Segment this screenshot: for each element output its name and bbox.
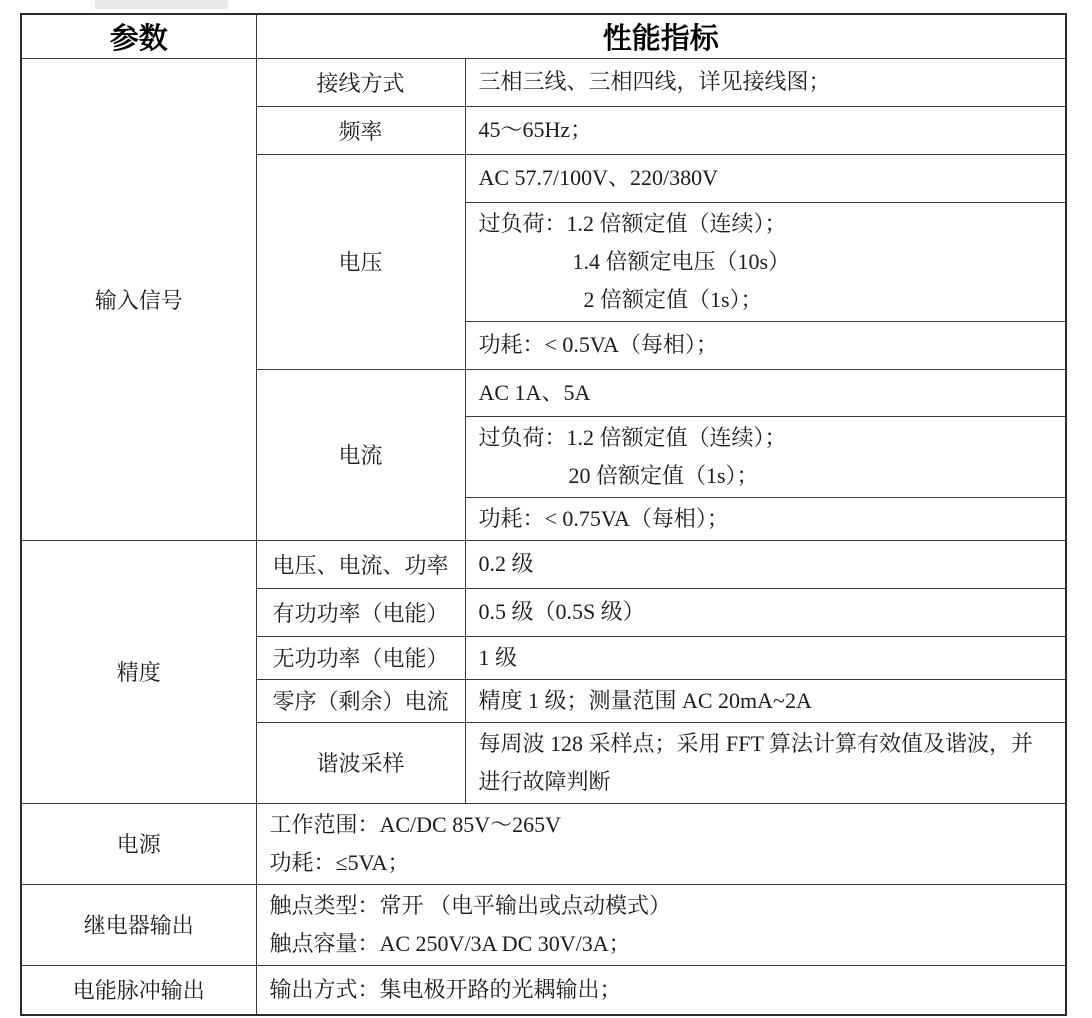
value-frequency: 45～65Hz； (465, 106, 1066, 154)
value-wiring: 三相三线、三相四线，详见接线图； (465, 58, 1066, 106)
value-residual-current: 精度 1 级；测量范围 AC 20mA~2A (465, 679, 1066, 722)
param-label-wiring: 接线方式 (256, 58, 465, 106)
value-reactive-power: 1 级 (465, 636, 1066, 679)
voltage-overload-line-3: 2 倍额定值（1s）； (479, 281, 1056, 319)
param-label-active-power: 有功功率（电能） (256, 588, 465, 636)
value-harmonic-sampling: 每周波 128 采样点；采用 FFT 算法计算有效值及谐波，并 进行故障判断 (465, 722, 1066, 803)
table-row: 电源 工作范围：AC/DC 85V～265V 功耗：≤5VA； (21, 803, 1066, 884)
power-supply-line-2: 功耗：≤5VA； (270, 844, 1056, 882)
harmonic-sampling-line-2: 进行故障判断 (479, 763, 1056, 801)
table-row: 输入信号 接线方式 三相三线、三相四线，详见接线图； (21, 58, 1066, 106)
current-overload-line-1: 过负荷：1.2 倍额定值（连续）； (479, 419, 1056, 457)
group-label-energy-pulse-output: 电能脉冲输出 (21, 965, 256, 1015)
power-supply-line-1: 工作范围：AC/DC 85V～265V (270, 806, 1056, 844)
value-voltage-consumption: 功耗：< 0.5VA（每相）； (465, 321, 1066, 369)
param-label-ui-power: 电压、电流、功率 (256, 540, 465, 588)
param-label-reactive-power: 无功功率（电能） (256, 636, 465, 679)
value-current-consumption: 功耗：< 0.75VA（每相）； (465, 497, 1066, 540)
header-param: 参数 (21, 14, 256, 58)
param-label-harmonic-sampling: 谐波采样 (256, 722, 465, 803)
table-row: 继电器输出 触点类型：常开 （电平输出或点动模式） 触点容量：AC 250V/3… (21, 884, 1066, 965)
value-current-overload: 过负荷：1.2 倍额定值（连续）； 20 倍额定值（1s）； (465, 416, 1066, 497)
document-page: 参数 性能指标 输入信号 接线方式 三相三线、三相四线，详见接线图； 频率 45… (0, 0, 1092, 1018)
param-label-frequency: 频率 (256, 106, 465, 154)
table-row: 精度 电压、电流、功率 0.2 级 (21, 540, 1066, 588)
value-current-range: AC 1A、5A (465, 369, 1066, 416)
current-overload-line-2: 20 倍额定值（1s）； (479, 457, 1056, 495)
value-ui-power: 0.2 级 (465, 540, 1066, 588)
table-header-row: 参数 性能指标 (21, 14, 1066, 58)
param-label-voltage: 电压 (256, 154, 465, 369)
value-relay-output: 触点类型：常开 （电平输出或点动模式） 触点容量：AC 250V/3A DC 3… (256, 884, 1066, 965)
top-edge-artifact (95, 0, 228, 9)
spec-table: 参数 性能指标 输入信号 接线方式 三相三线、三相四线，详见接线图； 频率 45… (20, 13, 1067, 1016)
group-label-input-signal: 输入信号 (21, 58, 256, 540)
value-power-supply: 工作范围：AC/DC 85V～265V 功耗：≤5VA； (256, 803, 1066, 884)
param-label-current: 电流 (256, 369, 465, 540)
relay-output-line-1: 触点类型：常开 （电平输出或点动模式） (270, 887, 1056, 925)
group-label-accuracy: 精度 (21, 540, 256, 803)
param-label-residual-current: 零序（剩余）电流 (256, 679, 465, 722)
voltage-overload-line-1: 过负荷：1.2 倍额定值（连续）； (479, 205, 1056, 243)
value-voltage-range: AC 57.7/100V、220/380V (465, 154, 1066, 202)
group-label-power-supply: 电源 (21, 803, 256, 884)
table-row: 电能脉冲输出 输出方式：集电极开路的光耦输出； (21, 965, 1066, 1015)
value-energy-pulse-output: 输出方式：集电极开路的光耦输出； (256, 965, 1066, 1015)
value-active-power: 0.5 级（0.5S 级） (465, 588, 1066, 636)
header-performance: 性能指标 (256, 14, 1066, 58)
value-voltage-overload: 过负荷：1.2 倍额定值（连续）； 1.4 倍额定电压（10s） 2 倍额定值（… (465, 202, 1066, 321)
voltage-overload-line-2: 1.4 倍额定电压（10s） (479, 243, 1056, 281)
relay-output-line-2: 触点容量：AC 250V/3A DC 30V/3A； (270, 925, 1056, 963)
group-label-relay-output: 继电器输出 (21, 884, 256, 965)
harmonic-sampling-line-1: 每周波 128 采样点；采用 FFT 算法计算有效值及谐波，并 (479, 725, 1056, 763)
